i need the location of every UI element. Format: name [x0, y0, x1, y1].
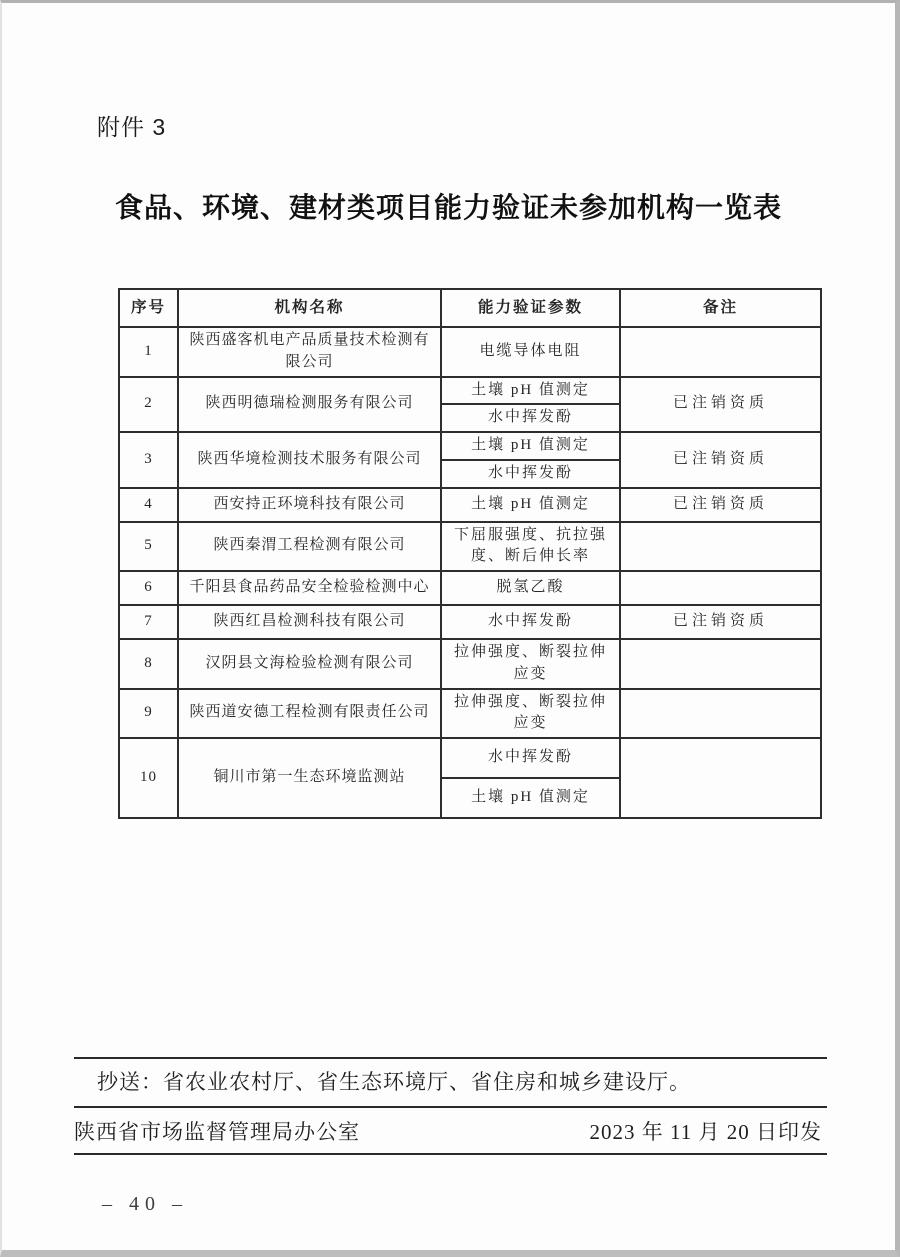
table-row: 5陕西秦渭工程检测有限公司下屈服强度、抗拉强度、断后伸长率: [119, 522, 821, 572]
institution-name-cell: 陕西盛客机电产品质量技术检测有限公司: [178, 327, 441, 377]
institution-name-cell: 西安持正环境科技有限公司: [178, 488, 441, 522]
column-header-parameter: 能力验证参数: [441, 289, 620, 327]
table-row: 4西安持正环境科技有限公司土壤 pH 值测定已注销资质: [119, 488, 821, 522]
table-row: 1陕西盛客机电产品质量技术检测有限公司电缆导体电阻: [119, 327, 821, 377]
row-number-cell: 1: [119, 327, 178, 377]
print-date: 2023 年 11 月 20 日印发: [590, 1116, 822, 1146]
parameter-cell: 电缆导体电阻: [441, 327, 620, 377]
column-header-note: 备注: [620, 289, 821, 327]
note-cell: 已注销资质: [620, 605, 821, 639]
note-cell: [620, 689, 821, 739]
row-number-cell: 5: [119, 522, 178, 572]
institution-name-cell: 陕西明德瑞检测服务有限公司: [178, 377, 441, 433]
footer-rule-bottom: [74, 1153, 827, 1155]
note-cell: [620, 522, 821, 572]
row-number-cell: 3: [119, 432, 178, 488]
table-row: 8汉阴县文海检验检测有限公司拉伸强度、断裂拉伸应变: [119, 639, 821, 689]
institution-name-cell: 千阳县食品药品安全检验检测中心: [178, 571, 441, 605]
institution-name-cell: 陕西华境检测技术服务有限公司: [178, 432, 441, 488]
note-cell: [620, 639, 821, 689]
parameter-cell: 土壤 pH 值测定: [441, 377, 620, 405]
column-header-name: 机构名称: [178, 289, 441, 327]
note-cell: [620, 738, 821, 818]
institution-name-cell: 汉阴县文海检验检测有限公司: [178, 639, 441, 689]
note-cell: [620, 571, 821, 605]
document-page: 附件 3 食品、环境、建材类项目能力验证未参加机构一览表 序号 机构名称 能力验…: [0, 0, 900, 1257]
parameter-cell: 水中挥发酚: [441, 404, 620, 432]
table-row: 3陕西华境检测技术服务有限公司土壤 pH 值测定已注销资质: [119, 432, 821, 460]
row-number-cell: 4: [119, 488, 178, 522]
note-cell: 已注销资质: [620, 432, 821, 488]
note-cell: [620, 327, 821, 377]
page-number: – 40 –: [102, 1193, 188, 1216]
parameter-cell: 水中挥发酚: [441, 460, 620, 488]
row-number-cell: 2: [119, 377, 178, 433]
table-row: 6千阳县食品药品安全检验检测中心脱氢乙酸: [119, 571, 821, 605]
note-cell: 已注销资质: [620, 377, 821, 433]
institution-name-cell: 铜川市第一生态环境监测站: [178, 738, 441, 818]
row-number-cell: 8: [119, 639, 178, 689]
parameter-cell: 拉伸强度、断裂拉伸应变: [441, 639, 620, 689]
row-number-cell: 9: [119, 689, 178, 739]
institution-name-cell: 陕西秦渭工程检测有限公司: [178, 522, 441, 572]
table-row: 7陕西红昌检测科技有限公司水中挥发酚已注销资质: [119, 605, 821, 639]
table-row: 10铜川市第一生态环境监测站水中挥发酚: [119, 738, 821, 778]
parameter-cell: 脱氢乙酸: [441, 571, 620, 605]
table-row: 2陕西明德瑞检测服务有限公司土壤 pH 值测定已注销资质: [119, 377, 821, 405]
column-header-no: 序号: [119, 289, 178, 327]
cc-line: 抄送：省农业农村厅、省生态环境厅、省住房和城乡建设厅。: [97, 1069, 691, 1096]
parameter-cell: 水中挥发酚: [441, 605, 620, 639]
parameter-cell: 土壤 pH 值测定: [441, 778, 620, 818]
footer-rule-middle: [74, 1106, 827, 1108]
parameter-cell: 拉伸强度、断裂拉伸应变: [441, 689, 620, 739]
row-number-cell: 6: [119, 571, 178, 605]
page-title: 食品、环境、建材类项目能力验证未参加机构一览表: [2, 186, 895, 226]
note-cell: 已注销资质: [620, 488, 821, 522]
table-body: 1陕西盛客机电产品质量技术检测有限公司电缆导体电阻2陕西明德瑞检测服务有限公司土…: [119, 327, 821, 818]
row-number-cell: 10: [119, 738, 178, 818]
parameter-cell: 水中挥发酚: [441, 738, 620, 778]
issuer-row: 陕西省市场监督管理局办公室 2023 年 11 月 20 日印发: [74, 1116, 822, 1146]
institution-name-cell: 陕西道安德工程检测有限责任公司: [178, 689, 441, 739]
institution-name-cell: 陕西红昌检测科技有限公司: [178, 605, 441, 639]
parameter-cell: 下屈服强度、抗拉强度、断后伸长率: [441, 522, 620, 572]
table-header: 序号 机构名称 能力验证参数 备注: [119, 289, 821, 327]
footer-rule-top: [74, 1057, 827, 1059]
parameter-cell: 土壤 pH 值测定: [441, 432, 620, 460]
attachment-label: 附件 3: [97, 109, 166, 142]
institutions-table: 序号 机构名称 能力验证参数 备注 1陕西盛客机电产品质量技术检测有限公司电缆导…: [118, 288, 822, 819]
table-header-row: 序号 机构名称 能力验证参数 备注: [119, 289, 821, 327]
table-row: 9陕西道安德工程检测有限责任公司拉伸强度、断裂拉伸应变: [119, 689, 821, 739]
parameter-cell: 土壤 pH 值测定: [441, 488, 620, 522]
row-number-cell: 7: [119, 605, 178, 639]
issuer-office: 陕西省市场监督管理局办公室: [74, 1116, 360, 1146]
